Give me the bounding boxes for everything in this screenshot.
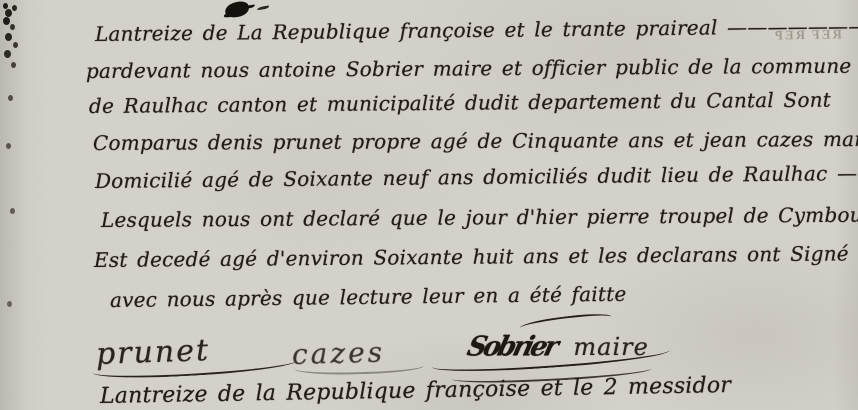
signature-prunet: prunet <box>95 336 210 370</box>
manuscript-line-6: Lesquels nous ont declaré que le jour d'… <box>101 204 858 230</box>
ink-blot <box>224 0 250 18</box>
signature-flourish <box>519 311 612 334</box>
manuscript-line-8: avec nous après que lecture leur en a ét… <box>110 284 627 310</box>
next-entry-partial-line: Lantreize de la Republique françoise et … <box>100 375 731 408</box>
manuscript-line-2: pardevant nous antoine Sobrier maire et … <box>86 56 852 81</box>
signature-cazes: cazes <box>292 339 386 369</box>
manuscript-scan-page: REF REP Lantreize de La Republique franç… <box>0 0 858 410</box>
manuscript-line-3: de Raulhac canton et municipalité dudit … <box>89 90 831 116</box>
manuscript-line-1: Lantreize de La Republique françoise et … <box>95 16 858 44</box>
manuscript-line-7: Est decedé agé d'environ Soixante huit a… <box>94 243 849 270</box>
binding-edge-ink-speckles <box>3 3 8 9</box>
manuscript-line-4: Comparus denis prunet propre agé de Cinq… <box>93 129 858 153</box>
manuscript-line-5: Domicilié agé de Soixante neuf ans domic… <box>95 162 858 191</box>
